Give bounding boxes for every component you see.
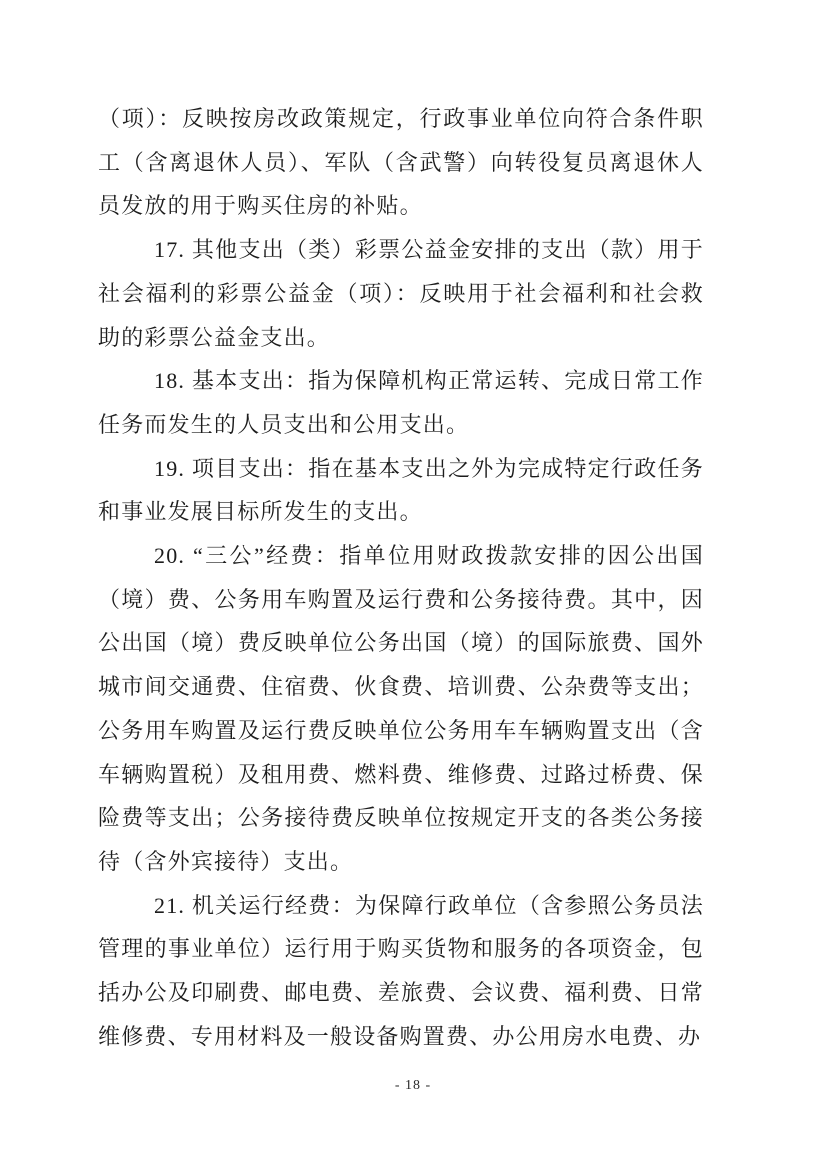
paragraph-item-21: 21. 机关运行经费：为保障行政单位（含参照公务员法管理的事业单位）运行用于购买… bbox=[98, 884, 704, 1059]
paragraph-item-20: 20. “三公”经费：指单位用财政拨款安排的因公出国（境）费、公务用车购置及运行… bbox=[98, 534, 704, 884]
page-number: - 18 - bbox=[0, 1078, 826, 1094]
document-body: （项）：反映按房改政策规定，行政事业单位向符合条件职工（含离退休人员）、军队（含… bbox=[98, 97, 704, 1058]
document-page: （项）：反映按房改政策规定，行政事业单位向符合条件职工（含离退休人员）、军队（含… bbox=[0, 0, 826, 1169]
paragraph-continuation: （项）：反映按房改政策规定，行政事业单位向符合条件职工（含离退休人员）、军队（含… bbox=[98, 97, 704, 228]
paragraph-item-18: 18. 基本支出：指为保障机构正常运转、完成日常工作任务而发生的人员支出和公用支… bbox=[98, 359, 704, 446]
paragraph-item-17: 17. 其他支出（类）彩票公益金安排的支出（款）用于社会福利的彩票公益金（项）：… bbox=[98, 228, 704, 359]
paragraph-item-19: 19. 项目支出：指在基本支出之外为完成特定行政任务和事业发展目标所发生的支出。 bbox=[98, 447, 704, 534]
